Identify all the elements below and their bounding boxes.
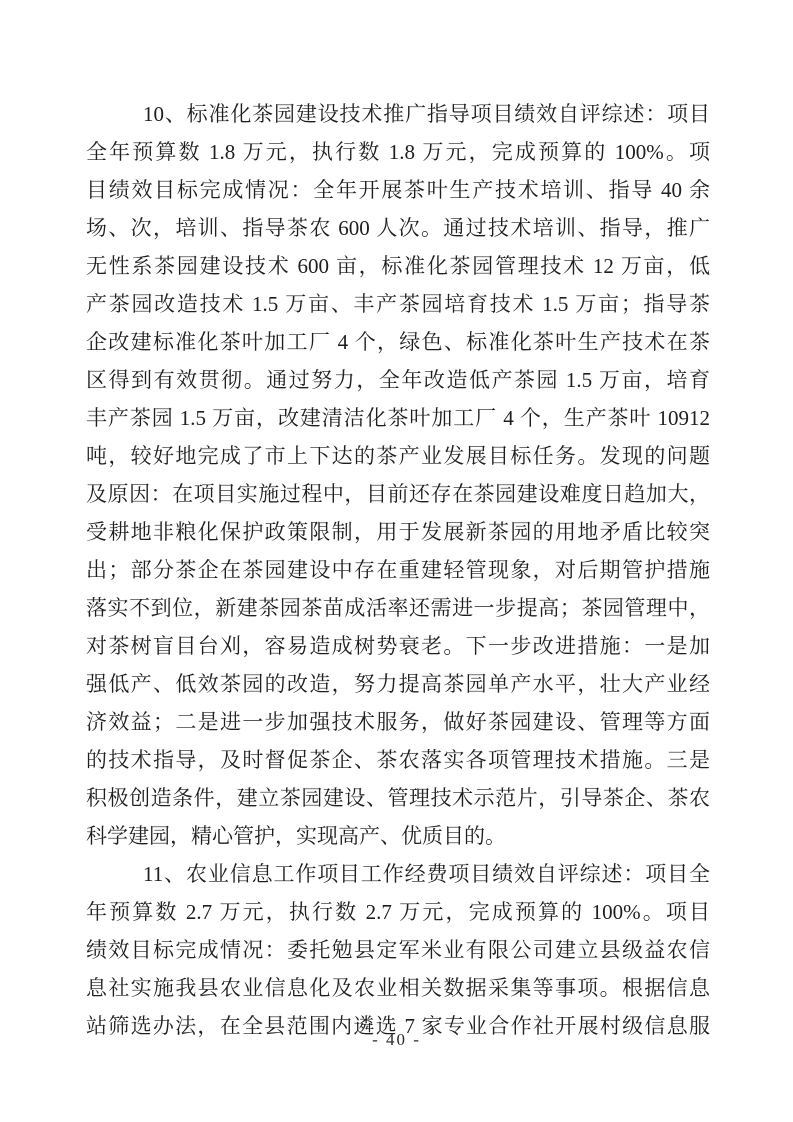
text-line: 企改建标准化茶叶加工厂 4 个，绿色、标准化茶叶生产技术在茶 (86, 323, 710, 361)
text-line: 出；部分茶企在茶园建设中存在重建轻管现象，对后期管护措施 (86, 551, 710, 589)
text-line: 对茶树盲目台刈，容易造成树势衰老。下一步改进措施：一是加 (86, 627, 710, 665)
page-number: - 40 - (0, 1028, 793, 1052)
document-page: 10、标准化茶园建设技术推广指导项目绩效自评综述：项目 全年预算数 1.8 万元… (0, 0, 793, 1122)
text-line: 及原因：在项目实施过程中，目前还存在茶园建设难度日趋加大， (86, 475, 710, 513)
text-line: 无性系茶园建设技术 600 亩，标准化茶园管理技术 12 万亩，低 (86, 247, 710, 285)
text-line: 济效益；二是进一步加强技术服务，做好茶园建设、管理等方面 (86, 703, 710, 741)
text-line: 受耕地非粮化保护政策限制，用于发展新茶园的用地矛盾比较突 (86, 513, 710, 551)
text-line: 绩效目标完成情况：委托勉县定军米业有限公司建立县级益农信 (86, 931, 710, 969)
text-line: 全年预算数 1.8 万元，执行数 1.8 万元，完成预算的 100%。项 (86, 133, 710, 171)
text-line: 的技术指导，及时督促茶企、茶农落实各项管理技术措施。三是 (86, 741, 710, 779)
text-line: 年预算数 2.7 万元，执行数 2.7 万元，完成预算的 100%。项目 (86, 893, 710, 931)
text-line: 积极创造条件，建立茶园建设、管理技术示范片，引导茶企、茶农 (86, 779, 710, 817)
text-line: 吨，较好地完成了市上下达的茶产业发展目标任务。发现的问题 (86, 437, 710, 475)
text-line: 区得到有效贯彻。通过努力，全年改造低产茶园 1.5 万亩，培育 (86, 361, 710, 399)
text-line: 11、农业信息工作项目工作经费项目绩效自评综述：项目全 (86, 855, 710, 893)
text-line: 场、次，培训、指导茶农 600 人次。通过技术培训、指导，推广 (86, 209, 710, 247)
text-line: 落实不到位，新建茶园茶苗成活率还需进一步提高；茶园管理中， (86, 589, 710, 627)
text-line: 目绩效目标完成情况：全年开展茶叶生产技术培训、指导 40 余 (86, 171, 710, 209)
text-line: 产茶园改造技术 1.5 万亩、丰产茶园培育技术 1.5 万亩；指导茶 (86, 285, 710, 323)
text-line: 10、标准化茶园建设技术推广指导项目绩效自评综述：项目 (86, 95, 710, 133)
text-body: 10、标准化茶园建设技术推广指导项目绩效自评综述：项目 全年预算数 1.8 万元… (86, 95, 710, 1045)
text-line: 科学建园，精心管护，实现高产、优质目的。 (86, 817, 710, 855)
text-line: 强低产、低效茶园的改造，努力提高茶园单产水平，壮大产业经 (86, 665, 710, 703)
text-line: 丰产茶园 1.5 万亩，改建清洁化茶叶加工厂 4 个，生产茶叶 10912 (86, 399, 710, 437)
text-line: 息社实施我县农业信息化及农业相关数据采集等事项。根据信息 (86, 969, 710, 1007)
